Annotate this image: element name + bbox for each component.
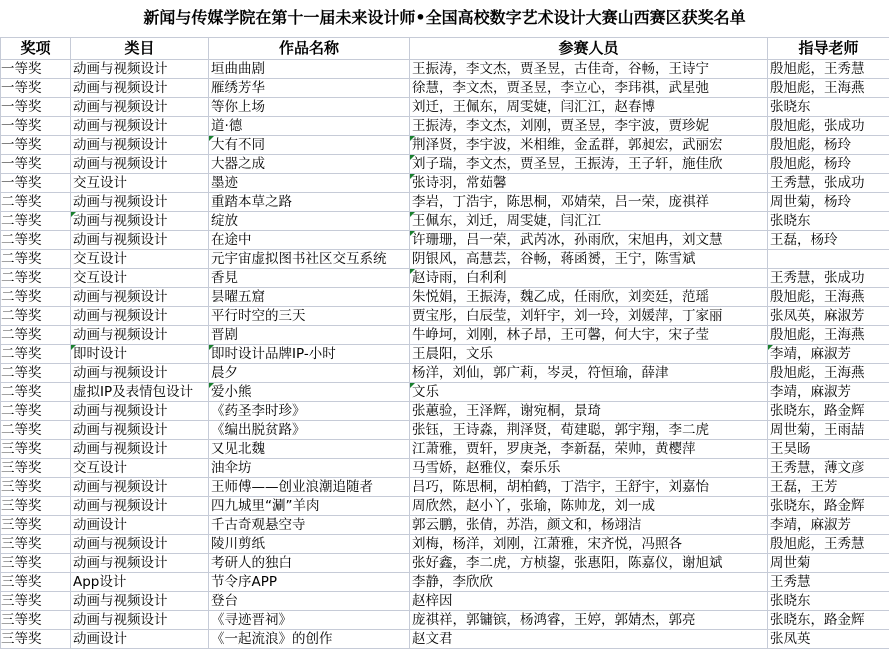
advisors-cell[interactable]: 张晓东 bbox=[768, 212, 889, 231]
table-row: 二等奖动画与视频设计《药圣李时珍》张蕙验，王泽辉，谢宛桐，景琦张晓东，路金辉 bbox=[1, 402, 889, 421]
award-cell[interactable]: 二等奖 bbox=[1, 326, 71, 345]
members-cell[interactable]: 周欣然，赵小丫，张瑜，陈帅龙，刘一成 bbox=[410, 497, 768, 516]
award-cell[interactable]: 一等奖 bbox=[1, 136, 71, 155]
award-cell[interactable]: 一等奖 bbox=[1, 79, 71, 98]
award-cell[interactable]: 三等奖 bbox=[1, 497, 71, 516]
members-cell[interactable]: 徐慧，李文杰，贾圣昱，李立心，李玮祺，武星弛 bbox=[410, 79, 768, 98]
table-row: 三等奖App设计节令序APP李静，李欣欣王秀慧 bbox=[1, 573, 889, 592]
category-cell[interactable]: 动画与视频设计 bbox=[71, 155, 209, 174]
members-cell[interactable]: 李岩，丁浩宇，陈思桐，邓婧荣，吕一荣，庞祺祥 bbox=[410, 193, 768, 212]
members-cell[interactable]: 许珊珊，吕一荣，武芮冰，孙雨欣，宋旭冉，刘文慧 bbox=[410, 231, 768, 250]
award-cell[interactable]: 二等奖 bbox=[1, 307, 71, 326]
table-row: 一等奖动画与视频设计等你上场刘迁，王佩东，周雯婕，闫汇江，赵春博张晓东 bbox=[1, 98, 889, 117]
members-cell[interactable]: 江萧雅，贾轩，罗庚尧，李新磊，荣帅，黄樱萍 bbox=[410, 440, 768, 459]
table-row: 二等奖动画与视频设计平行时空的三天贾宝彤，白辰莹，刘轩宇，刘一玲，刘媛萍，丁家丽… bbox=[1, 307, 889, 326]
category-cell[interactable]: 动画与视频设计 bbox=[71, 117, 209, 136]
category-cell[interactable]: 动画与视频设计 bbox=[71, 440, 209, 459]
work-title-cell[interactable]: 《药圣李时珍》 bbox=[209, 402, 410, 421]
category-cell[interactable]: 动画与视频设计 bbox=[71, 98, 209, 117]
category-cell[interactable]: 交互设计 bbox=[71, 459, 209, 478]
members-cell[interactable]: 文乐 bbox=[410, 383, 768, 402]
advisors-cell[interactable]: 张晓东，路金辉 bbox=[768, 497, 889, 516]
advisors-cell[interactable]: 张晓东，路金辉 bbox=[768, 611, 889, 630]
advisors-cell[interactable]: 张凤英，麻淑芳 bbox=[768, 307, 889, 326]
advisors-cell[interactable] bbox=[768, 250, 889, 269]
table-body: 一等奖动画与视频设计垣曲曲剧王振涛，李文杰，贾圣昱，古佳奇，谷畅，王诗宁殷旭彪，… bbox=[1, 60, 889, 649]
category-cell[interactable]: 动画与视频设计 bbox=[71, 402, 209, 421]
work-title-cell[interactable]: 道·德 bbox=[209, 117, 410, 136]
table-row: 一等奖动画与视频设计大有不同荆泽贤，李宇波，米相维，金孟群，郭昶宏，武丽宏殷旭彪… bbox=[1, 136, 889, 155]
table-row: 三等奖动画与视频设计四九城里“涮”羊肉周欣然，赵小丫，张瑜，陈帅龙，刘一成张晓东… bbox=[1, 497, 889, 516]
table-row: 三等奖动画与视频设计《寻迹晋祠》庞祺祥，郭镛镔，杨鸿睿，王婷，郭婧杰，郭亮张晓东… bbox=[1, 611, 889, 630]
award-cell[interactable]: 一等奖 bbox=[1, 174, 71, 193]
advisors-cell[interactable]: 张凤英 bbox=[768, 630, 889, 649]
members-cell[interactable]: 赵诗雨，白利利 bbox=[410, 269, 768, 288]
members-cell[interactable]: 张蕙验，王泽辉，谢宛桐，景琦 bbox=[410, 402, 768, 421]
table-row: 三等奖动画与视频设计登台赵梓因张晓东 bbox=[1, 592, 889, 611]
work-title-cell[interactable]: 平行时空的三天 bbox=[209, 307, 410, 326]
header-category[interactable]: 类目 bbox=[71, 38, 209, 60]
advisors-cell[interactable]: 周世菊，杨玲 bbox=[768, 193, 889, 212]
work-title-cell[interactable]: 雁绣芳华 bbox=[209, 79, 410, 98]
award-cell[interactable]: 一等奖 bbox=[1, 98, 71, 117]
award-cell[interactable]: 三等奖 bbox=[1, 611, 71, 630]
advisors-cell[interactable]: 王昊旸 bbox=[768, 440, 889, 459]
award-cell[interactable]: 二等奖 bbox=[1, 288, 71, 307]
work-title-cell[interactable]: 油伞坊 bbox=[209, 459, 410, 478]
work-title-cell[interactable]: 《编出脱贫路》 bbox=[209, 421, 410, 440]
work-title-cell[interactable]: 考研人的独白 bbox=[209, 554, 410, 573]
table-row: 一等奖动画与视频设计垣曲曲剧王振涛，李文杰，贾圣昱，古佳奇，谷畅，王诗宁殷旭彪，… bbox=[1, 60, 889, 79]
work-title-cell[interactable]: 又见北魏 bbox=[209, 440, 410, 459]
table-row: 一等奖动画与视频设计雁绣芳华徐慧，李文杰，贾圣昱，李立心，李玮祺，武星弛殷旭彪，… bbox=[1, 79, 889, 98]
advisors-cell[interactable]: 周世菊，王雨喆 bbox=[768, 421, 889, 440]
table-row: 二等奖动画与视频设计绽放王佩东，刘迁，周雯婕，闫汇江张晓东 bbox=[1, 212, 889, 231]
work-title-cell[interactable]: 绽放 bbox=[209, 212, 410, 231]
table-row: 二等奖动画与视频设计重踏本草之路李岩，丁浩宇，陈思桐，邓婧荣，吕一荣，庞祺祥周世… bbox=[1, 193, 889, 212]
header-award[interactable]: 奖项 bbox=[1, 38, 71, 60]
table-row: 三等奖动画与视频设计考研人的独白张好鑫，李二虎，方桢鋆，张惠阳，陈嘉仪，谢旭斌周… bbox=[1, 554, 889, 573]
advisors-cell[interactable]: 王秀慧 bbox=[768, 573, 889, 592]
award-cell[interactable]: 二等奖 bbox=[1, 364, 71, 383]
award-cell[interactable]: 三等奖 bbox=[1, 440, 71, 459]
advisors-cell[interactable]: 殷旭彪，王秀慧 bbox=[768, 60, 889, 79]
table-row: 二等奖动画与视频设计在途中许珊珊，吕一荣，武芮冰，孙雨欣，宋旭冉，刘文慧王磊，杨… bbox=[1, 231, 889, 250]
members-cell[interactable]: 马雪娇，赵雅仪，秦乐乐 bbox=[410, 459, 768, 478]
table-row: 一等奖动画与视频设计大器之成刘子瑞，李文杰，贾圣昱，王振涛，王子轩，施佳欣殷旭彪… bbox=[1, 155, 889, 174]
work-title-cell[interactable]: 垣曲曲剧 bbox=[209, 60, 410, 79]
category-cell[interactable]: 动画与视频设计 bbox=[71, 611, 209, 630]
category-cell[interactable]: 动画设计 bbox=[71, 630, 209, 649]
members-cell[interactable]: 王振涛，李文杰，刘刚，贾圣昱，李宇波，贾珍妮 bbox=[410, 117, 768, 136]
members-cell[interactable]: 刘子瑞，李文杰，贾圣昱，王振涛，王子轩，施佳欣 bbox=[410, 155, 768, 174]
category-cell[interactable]: 动画与视频设计 bbox=[71, 326, 209, 345]
category-cell[interactable]: 动画与视频设计 bbox=[71, 592, 209, 611]
advisors-cell[interactable]: 王秀慧，张成功 bbox=[768, 269, 889, 288]
table-row: 三等奖动画设计千古奇观悬空寺郭云鹏，张倩，苏浩，颜文和，杨翊洁李靖，麻淑芳 bbox=[1, 516, 889, 535]
advisors-cell[interactable]: 王秀慧，薄文彦 bbox=[768, 459, 889, 478]
category-cell[interactable]: 动画与视频设计 bbox=[71, 79, 209, 98]
table-row: 二等奖动画与视频设计昙曜五窟朱悦娟，王振涛，魏乙成，任雨欣，刘奕廷，范瑶殷旭彪，… bbox=[1, 288, 889, 307]
award-cell[interactable]: 二等奖 bbox=[1, 231, 71, 250]
work-title-cell[interactable]: 在途中 bbox=[209, 231, 410, 250]
table-row: 二等奖交互设计香見赵诗雨，白利利王秀慧，张成功 bbox=[1, 269, 889, 288]
advisors-cell[interactable]: 殷旭彪，杨玲 bbox=[768, 136, 889, 155]
table-row: 三等奖动画设计《一起流浪》的创作赵文君张凤英 bbox=[1, 630, 889, 649]
advisors-cell[interactable]: 殷旭彪，张成功 bbox=[768, 117, 889, 136]
table-row: 二等奖动画与视频设计《编出脱贫路》张钰，王诗淼，荆泽贤，荀建聪，郭宇翔，李二虎周… bbox=[1, 421, 889, 440]
work-title-cell[interactable]: 爱小熊 bbox=[209, 383, 410, 402]
work-title-cell[interactable]: 晋剧 bbox=[209, 326, 410, 345]
advisors-cell[interactable]: 殷旭彪，王海燕 bbox=[768, 288, 889, 307]
table-row: 二等奖 即时设计 即时设计品牌IP-小时王晨阳，文乐 李靖，麻淑芳 bbox=[1, 345, 889, 364]
work-title-cell[interactable]: 晨夕 bbox=[209, 364, 410, 383]
members-cell[interactable]: 王佩东，刘迁，周雯婕，闫汇江 bbox=[410, 212, 768, 231]
members-cell[interactable]: 张诗羽，常茹馨 bbox=[410, 174, 768, 193]
work-title-cell[interactable]: 千古奇观悬空寺 bbox=[209, 516, 410, 535]
work-title-cell[interactable]: 《一起流浪》的创作 bbox=[209, 630, 410, 649]
members-cell[interactable]: 牛峥坷，刘刚，林子昂，王可馨，何大宇，宋子莹 bbox=[410, 326, 768, 345]
work-title-cell[interactable]: 等你上场 bbox=[209, 98, 410, 117]
members-cell[interactable]: 刘迁，王佩东，周雯婕，闫汇江，赵春博 bbox=[410, 98, 768, 117]
advisors-cell[interactable]: 殷旭彪，王海燕 bbox=[768, 79, 889, 98]
award-cell[interactable]: 三等奖 bbox=[1, 459, 71, 478]
award-cell[interactable]: 一等奖 bbox=[1, 60, 71, 79]
members-cell[interactable]: 王振涛，李文杰，贾圣昱，古佳奇，谷畅，王诗宁 bbox=[410, 60, 768, 79]
award-cell[interactable]: 二等奖 bbox=[1, 212, 71, 231]
table-row: 二等奖动画与视频设计晨夕杨洋，刘仙，郭广莉，岑灵，符恒瑜，薛津殷旭彪，王海燕 bbox=[1, 364, 889, 383]
members-cell[interactable]: 阴银风，高慧芸，谷畅，蒋函赟，王宁，陈雪斌 bbox=[410, 250, 768, 269]
category-cell[interactable]: 动画与视频设计 bbox=[71, 212, 209, 231]
work-title-cell[interactable]: 《寻迹晋祠》 bbox=[209, 611, 410, 630]
work-title-cell[interactable]: 节令序APP bbox=[209, 573, 410, 592]
advisors-cell[interactable]: 李靖，麻淑芳 bbox=[768, 345, 889, 364]
table-row: 二等奖虚拟IP及表情包设计 爱小熊 文乐李靖，麻淑芳 bbox=[1, 383, 889, 402]
category-cell[interactable]: 虚拟IP及表情包设计 bbox=[71, 383, 209, 402]
advisors-cell[interactable]: 张晓东 bbox=[768, 98, 889, 117]
header-members[interactable]: 参赛人员 bbox=[410, 38, 768, 60]
members-cell[interactable]: 赵文君 bbox=[410, 630, 768, 649]
work-title-cell[interactable]: 登台 bbox=[209, 592, 410, 611]
table-row: 三等奖动画与视频设计王师傅——创业浪潮追随者吕巧，陈思桐，胡柏鹤，丁浩宇，王舒宇… bbox=[1, 478, 889, 497]
work-title-cell[interactable]: 大有不同 bbox=[209, 136, 410, 155]
table-row: 一等奖动画与视频设计道·德王振涛，李文杰，刘刚，贾圣昱，李宇波，贾珍妮殷旭彪，张… bbox=[1, 117, 889, 136]
header-row: 奖项 类目 作品名称 参赛人员 指导老师 bbox=[1, 38, 889, 60]
advisors-cell[interactable]: 王磊，王芳 bbox=[768, 478, 889, 497]
category-cell[interactable]: 动画与视频设计 bbox=[71, 535, 209, 554]
category-cell[interactable]: 动画与视频设计 bbox=[71, 193, 209, 212]
advisors-cell[interactable]: 张晓东，路金辉 bbox=[768, 402, 889, 421]
category-cell[interactable]: 动画与视频设计 bbox=[71, 497, 209, 516]
category-cell[interactable]: 动画与视频设计 bbox=[71, 231, 209, 250]
work-title-cell[interactable]: 昙曜五窟 bbox=[209, 288, 410, 307]
category-cell[interactable]: 动画与视频设计 bbox=[71, 364, 209, 383]
advisors-cell[interactable]: 王磊，杨玲 bbox=[768, 231, 889, 250]
work-title-cell[interactable]: 陵川剪纸 bbox=[209, 535, 410, 554]
members-cell[interactable]: 刘梅，杨洋，刘刚，江萧雅，宋齐悦，冯照各 bbox=[410, 535, 768, 554]
members-cell[interactable]: 荆泽贤，李宇波，米相维，金孟群，郭昶宏，武丽宏 bbox=[410, 136, 768, 155]
work-title-cell[interactable]: 大器之成 bbox=[209, 155, 410, 174]
advisors-cell[interactable]: 殷旭彪，杨玲 bbox=[768, 155, 889, 174]
table-row: 三等奖交互设计油伞坊马雪娇，赵雅仪，秦乐乐王秀慧，薄文彦 bbox=[1, 459, 889, 478]
category-cell[interactable]: 动画与视频设计 bbox=[71, 60, 209, 79]
category-cell[interactable]: App设计 bbox=[71, 573, 209, 592]
category-cell[interactable]: 交互设计 bbox=[71, 174, 209, 193]
award-cell[interactable]: 二等奖 bbox=[1, 269, 71, 288]
advisors-cell[interactable]: 王秀慧，张成功 bbox=[768, 174, 889, 193]
category-cell[interactable]: 动画与视频设计 bbox=[71, 288, 209, 307]
category-cell[interactable]: 动画与视频设计 bbox=[71, 421, 209, 440]
header-advisors[interactable]: 指导老师 bbox=[768, 38, 889, 60]
category-cell[interactable]: 动画与视频设计 bbox=[71, 478, 209, 497]
award-cell[interactable]: 三等奖 bbox=[1, 554, 71, 573]
work-title-cell[interactable]: 元宇宙虚拟图书社区交互系统 bbox=[209, 250, 410, 269]
table-row: 三等奖动画与视频设计陵川剪纸刘梅，杨洋，刘刚，江萧雅，宋齐悦，冯照各殷旭彪，王秀… bbox=[1, 535, 889, 554]
award-cell[interactable]: 二等奖 bbox=[1, 383, 71, 402]
table-row: 二等奖交互设计元宇宙虚拟图书社区交互系统阴银风，高慧芸，谷畅，蒋函赟，王宁，陈雪… bbox=[1, 250, 889, 269]
members-cell[interactable]: 李静，李欣欣 bbox=[410, 573, 768, 592]
members-cell[interactable]: 王晨阳，文乐 bbox=[410, 345, 768, 364]
advisors-cell[interactable]: 殷旭彪，王海燕 bbox=[768, 326, 889, 345]
members-cell[interactable]: 庞祺祥，郭镛镔，杨鸿睿，王婷，郭婧杰，郭亮 bbox=[410, 611, 768, 630]
award-cell[interactable]: 二等奖 bbox=[1, 421, 71, 440]
award-cell[interactable]: 三等奖 bbox=[1, 535, 71, 554]
award-cell[interactable]: 三等奖 bbox=[1, 478, 71, 497]
work-title-cell[interactable]: 香見 bbox=[209, 269, 410, 288]
members-cell[interactable]: 朱悦娟，王振涛，魏乙成，任雨欣，刘奕廷，范瑶 bbox=[410, 288, 768, 307]
work-title-cell[interactable]: 重踏本草之路 bbox=[209, 193, 410, 212]
members-cell[interactable]: 吕巧，陈思桐，胡柏鹤，丁浩宇，王舒宇，刘嘉怡 bbox=[410, 478, 768, 497]
table-row: 一等奖交互设计墨迹张诗羽，常茹馨王秀慧，张成功 bbox=[1, 174, 889, 193]
award-cell[interactable]: 三等奖 bbox=[1, 630, 71, 649]
category-cell[interactable]: 交互设计 bbox=[71, 269, 209, 288]
members-cell[interactable]: 张好鑫，李二虎，方桢鋆，张惠阳，陈嘉仪，谢旭斌 bbox=[410, 554, 768, 573]
category-cell[interactable]: 动画与视频设计 bbox=[71, 136, 209, 155]
award-cell[interactable]: 一等奖 bbox=[1, 117, 71, 136]
advisors-cell[interactable]: 李靖，麻淑芳 bbox=[768, 383, 889, 402]
award-cell[interactable]: 二等奖 bbox=[1, 402, 71, 421]
award-cell[interactable]: 二等奖 bbox=[1, 250, 71, 269]
award-cell[interactable]: 二等奖 bbox=[1, 193, 71, 212]
members-cell[interactable]: 郭云鹏，张倩，苏浩，颜文和，杨翊洁 bbox=[410, 516, 768, 535]
award-cell[interactable]: 三等奖 bbox=[1, 516, 71, 535]
members-cell[interactable]: 贾宝彤，白辰莹，刘轩宇，刘一玲，刘媛萍，丁家丽 bbox=[410, 307, 768, 326]
advisors-cell[interactable]: 张晓东 bbox=[768, 592, 889, 611]
table-row: 三等奖动画与视频设计又见北魏江萧雅，贾轩，罗庚尧，李新磊，荣帅，黄樱萍王昊旸 bbox=[1, 440, 889, 459]
award-table: 奖项 类目 作品名称 参赛人员 指导老师 一等奖动画与视频设计垣曲曲剧王振涛，李… bbox=[0, 37, 889, 649]
category-cell[interactable]: 动画与视频设计 bbox=[71, 554, 209, 573]
members-cell[interactable]: 杨洋，刘仙，郭广莉，岑灵，符恒瑜，薛津 bbox=[410, 364, 768, 383]
work-title-cell[interactable]: 王师傅——创业浪潮追随者 bbox=[209, 478, 410, 497]
members-cell[interactable]: 赵梓因 bbox=[410, 592, 768, 611]
award-cell[interactable]: 一等奖 bbox=[1, 155, 71, 174]
advisors-cell[interactable]: 李靖，麻淑芳 bbox=[768, 516, 889, 535]
advisors-cell[interactable]: 殷旭彪，王海燕 bbox=[768, 364, 889, 383]
work-title-cell[interactable]: 四九城里“涮”羊肉 bbox=[209, 497, 410, 516]
category-cell[interactable]: 动画设计 bbox=[71, 516, 209, 535]
advisors-cell[interactable]: 殷旭彪，王秀慧 bbox=[768, 535, 889, 554]
award-cell[interactable]: 三等奖 bbox=[1, 573, 71, 592]
category-cell[interactable]: 即时设计 bbox=[71, 345, 209, 364]
award-cell[interactable]: 二等奖 bbox=[1, 345, 71, 364]
category-cell[interactable]: 动画与视频设计 bbox=[71, 307, 209, 326]
sheet-title: 新闻与传媒学院在第十一届未来设计师•全国高校数字艺术设计大赛山西赛区获奖名单 bbox=[0, 0, 889, 37]
work-title-cell[interactable]: 即时设计品牌IP-小时 bbox=[209, 345, 410, 364]
award-cell[interactable]: 三等奖 bbox=[1, 592, 71, 611]
work-title-cell[interactable]: 墨迹 bbox=[209, 174, 410, 193]
table-row: 二等奖动画与视频设计晋剧牛峥坷，刘刚，林子昂，王可馨，何大宇，宋子莹殷旭彪，王海… bbox=[1, 326, 889, 345]
category-cell[interactable]: 交互设计 bbox=[71, 250, 209, 269]
header-work[interactable]: 作品名称 bbox=[209, 38, 410, 60]
members-cell[interactable]: 张钰，王诗淼，荆泽贤，荀建聪，郭宇翔，李二虎 bbox=[410, 421, 768, 440]
advisors-cell[interactable]: 周世菊 bbox=[768, 554, 889, 573]
